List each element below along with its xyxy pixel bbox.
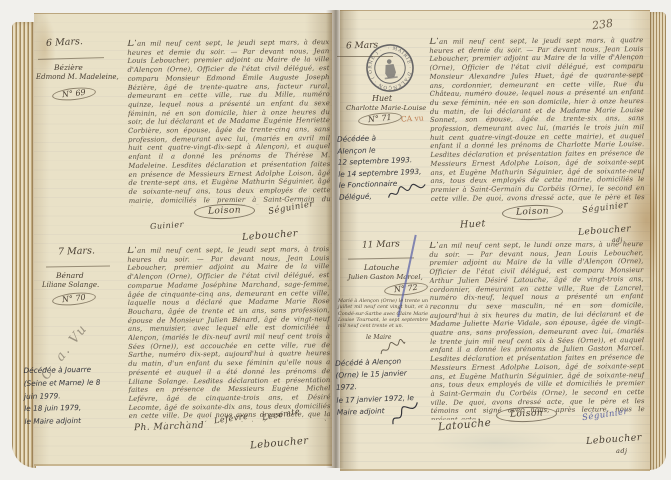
- record4-act-body: L'an mil neuf cent sept, le lundi onze m…: [429, 240, 645, 420]
- mairie-stamp-icon: · MAIRIE · D'ALENÇON · ( ORNE ) ·: [361, 39, 419, 97]
- record4-death-margin-note: Décédé à Alençon (Orne) le 15 janvier 19…: [335, 354, 441, 419]
- record4-given-names: Julien Gaston Marcel,: [348, 273, 423, 281]
- record4-signature-adj: adj: [616, 447, 628, 455]
- record2-given-names: Liliane Solange.: [42, 281, 99, 289]
- record1-given-names: Edmond M. Madeleine,: [36, 73, 119, 81]
- record1-act-body: L'an mil neuf cent sept, le jeudi sept m…: [127, 38, 330, 206]
- record2-surname: Bénard: [56, 271, 84, 280]
- record3-signature-father: Huet: [460, 218, 486, 230]
- record2-death-margin-note: Décédée à Jouarre (Seine et Marne) le 8 …: [23, 363, 132, 429]
- scanned-register-spread: 6 Mars. Bézière Edmond M. Madeleine, N° …: [0, 0, 671, 480]
- record4-date: 11 Mars: [362, 239, 400, 250]
- record4-marriage-note-signoff: le Maire: [366, 334, 391, 341]
- record3-red-pencil-annotation: CA vu: [401, 113, 424, 123]
- record3-surname: Huet: [372, 94, 392, 103]
- record1-date: 6 Mars.: [46, 36, 83, 49]
- record4-surname: Latouche: [364, 263, 399, 272]
- record1-surname: Bézière: [54, 63, 83, 72]
- record2-act-body: L'an mil neuf cent sept, le jeudi sept m…: [127, 245, 331, 423]
- record3-given-names: Charlotte Marie-Louise: [346, 104, 426, 112]
- record3-act-body: L'an mil neuf cent sept, le jeudi sept m…: [429, 36, 644, 202]
- record2-date: 7 Mars.: [58, 245, 95, 257]
- record4-marriage-margin-note: Marié à Alençon (Orne) le trente un juil…: [338, 298, 428, 329]
- right-page-edges: [650, 12, 666, 470]
